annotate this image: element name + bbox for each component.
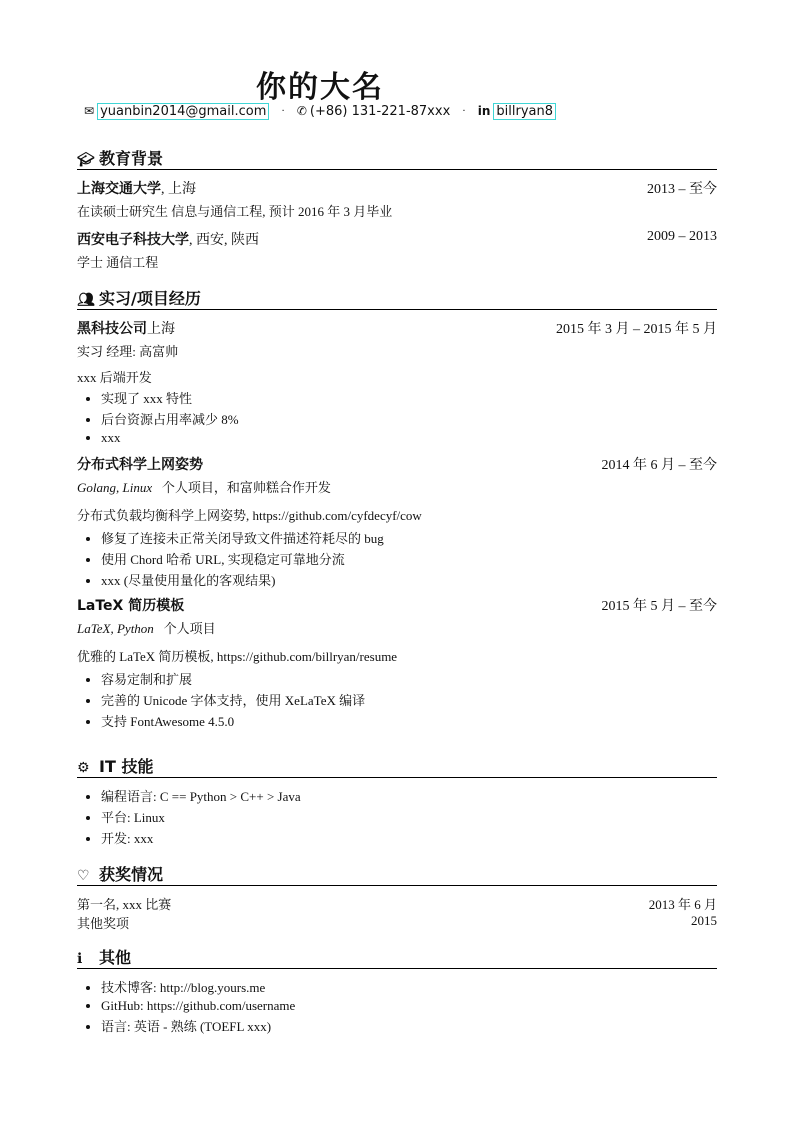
linkedin-link[interactable]: billryan8 [493, 103, 556, 120]
experience-item: 分布式科学上网姿势2014 年 6 月 – 至今 Golang, Linux 个… [77, 454, 717, 589]
experience-item: LaTeX 简历模板2015 年 5 月 – 至今 LaTeX, Python … [77, 595, 717, 730]
education-item: 上海交通大学, 上海2013 – 至今 在读硕士研究生 信息与通信工程, 预计 … [77, 178, 717, 220]
linkedin-icon: in [478, 104, 491, 118]
info-icon: ℹ [77, 951, 95, 967]
section-heading: ♡获奖情况 [77, 862, 717, 886]
awards-section: ♡获奖情况 第一名, xxx 比赛2013 年 6 月 其他奖项2015 [77, 862, 717, 932]
education-item: 西安电子科技大学, 西安, 陕西2009 – 2013 学士 通信工程 [77, 229, 717, 271]
section-heading: 👥︎实习/项目经历 [77, 286, 717, 310]
other-section: ℹ其他 技术博客: http://blog.yours.meGitHub: ht… [77, 945, 717, 1037]
section-heading: ℹ其他 [77, 945, 717, 969]
envelope-icon: ✉ [84, 104, 94, 118]
skills-section: ⚙IT 技能 编程语言: C == Python > C++ > Java平台:… [77, 754, 717, 849]
phone-number: (+86) 131-221-87xxx [310, 104, 450, 119]
heart-icon: ♡ [77, 868, 95, 884]
section-heading: ⚙IT 技能 [77, 754, 717, 778]
award-item: 第一名, xxx 比赛2013 年 6 月 [77, 894, 717, 913]
users-icon: 👥︎ [77, 292, 95, 308]
phone-icon: ✆ [297, 104, 307, 118]
email-link[interactable]: yuanbin2014@gmail.com [97, 103, 269, 120]
experience-section: 👥︎实习/项目经历 黑科技公司上海2015 年 3 月 – 2015 年 5 月… [77, 286, 717, 732]
separator: · [462, 106, 465, 117]
section-heading: 🎓︎教育背景 [77, 146, 717, 170]
contact-line: ✉yuanbin2014@gmail.com · ✆(+86) 131-221-… [0, 104, 717, 119]
education-section: 🎓︎教育背景 上海交通大学, 上海2013 – 至今 在读硕士研究生 信息与通信… [77, 146, 717, 271]
cogs-icon: ⚙ [77, 760, 95, 776]
graduation-cap-icon: 🎓︎ [77, 152, 95, 168]
experience-item: 黑科技公司上海2015 年 3 月 – 2015 年 5 月 实习 经理: 高富… [77, 318, 717, 446]
award-item: 其他奖项2015 [77, 913, 717, 932]
resume-name: 你的大名 [0, 62, 717, 106]
separator: · [282, 106, 285, 117]
